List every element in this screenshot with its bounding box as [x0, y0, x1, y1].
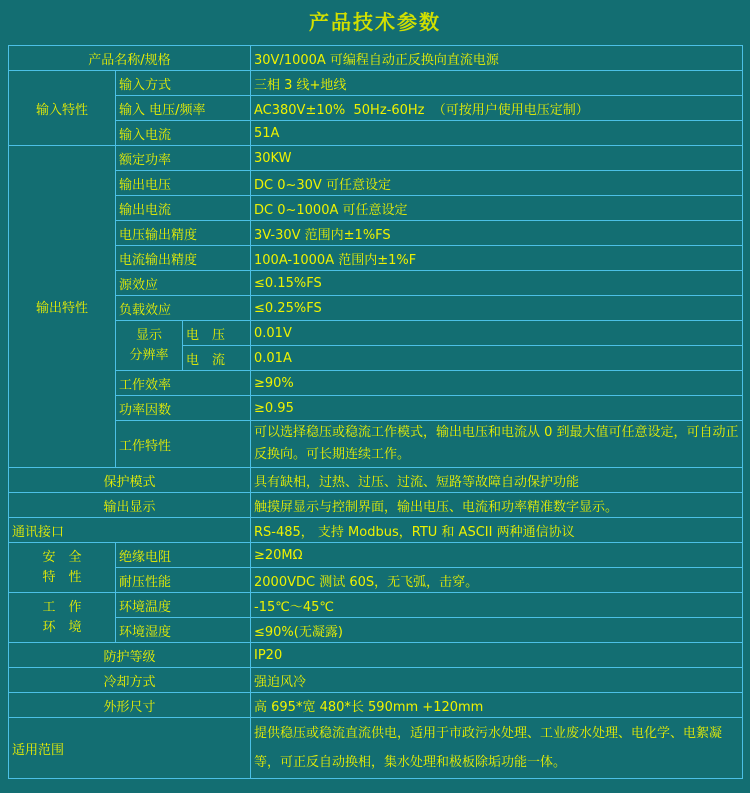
protection-mode-label: 保护模式	[9, 468, 251, 493]
source-effect-label: 源效应	[116, 271, 251, 296]
cooling-method-label: 冷却方式	[9, 668, 251, 693]
power-factor-label: 功率因数	[116, 396, 251, 421]
comm-interface-label: 通讯接口	[9, 518, 251, 543]
page-background: 产品技术参数 产品名称/规格 30V/1000A 可编程自动正反换向直流电源 输…	[0, 0, 750, 793]
voltage-accuracy-value: 3V-30V 范围内±1%FS	[251, 221, 743, 246]
protection-mode-value: 具有缺相，过热、过压、过流、短路等故障自动保护功能	[251, 468, 743, 493]
rated-power-value: 30KW	[251, 146, 743, 171]
resolution-voltage-label: 电 压	[183, 321, 251, 346]
withstand-voltage-label: 耐压性能	[116, 568, 251, 593]
application-scope-value: 提供稳压或稳流直流供电，适用于市政污水处理、工业废水处理、电化学、电絮凝等，可正…	[251, 718, 743, 779]
current-accuracy-label: 电流输出精度	[116, 246, 251, 271]
env-temperature-label: 环境温度	[116, 593, 251, 618]
load-effect-value: ≤0.25%FS	[251, 296, 743, 321]
input-current-value: 51A	[251, 121, 743, 146]
input-current-label: 输入电流	[116, 121, 251, 146]
comm-interface-value: RS-485， 支持 Modbus，RTU 和 ASCII 两种通信协议	[251, 518, 743, 543]
input-voltage-freq-value: AC380V±10% 50Hz-60Hz （可按用户使用电压定制）	[251, 96, 743, 121]
insulation-resistance-label: 绝缘电阻	[116, 543, 251, 568]
output-current-value: DC 0~1000A 可任意设定	[251, 196, 743, 221]
input-mode-label: 输入方式	[116, 71, 251, 96]
voltage-accuracy-label: 电压输出精度	[116, 221, 251, 246]
output-voltage-value: DC 0~30V 可任意设定	[251, 171, 743, 196]
output-display-label: 输出显示	[9, 493, 251, 518]
output-display-value: 触摸屏显示与控制界面，输出电压、电流和功率精准数字显示。	[251, 493, 743, 518]
work-character-label: 工作特性	[116, 421, 251, 468]
env-humidity-label: 环境湿度	[116, 618, 251, 643]
page-title: 产品技术参数	[0, 6, 750, 35]
power-factor-value: ≥0.95	[251, 396, 743, 421]
current-accuracy-value: 100A-1000A 范围内±1%F	[251, 246, 743, 271]
dimensions-value: 高 695*宽 480*长 590mm +120mm	[251, 693, 743, 718]
spec-table: 产品名称/规格 30V/1000A 可编程自动正反换向直流电源 输入特性 输入方…	[8, 45, 743, 779]
dimensions-label: 外形尺寸	[9, 693, 251, 718]
withstand-voltage-value: 2000VDC 测试 60S，无飞弧，击穿。	[251, 568, 743, 593]
bottom-white-strip	[0, 793, 750, 800]
environment-group-header: 工 作 环 境	[9, 593, 116, 643]
rated-power-label: 额定功率	[116, 146, 251, 171]
input-group-header: 输入特性	[9, 71, 116, 146]
ip-rating-label: 防护等级	[9, 643, 251, 668]
ip-rating-value: IP20	[251, 643, 743, 668]
display-resolution-header: 显示 分辨率	[116, 321, 183, 371]
safety-group-header: 安 全 特 性	[9, 543, 116, 593]
insulation-resistance-value: ≥20MΩ	[251, 543, 743, 568]
input-mode-value: 三相 3 线+地线	[251, 71, 743, 96]
product-name-value: 30V/1000A 可编程自动正反换向直流电源	[251, 46, 743, 71]
work-character-value: 可以选择稳压或稳流工作模式，输出电压和电流从 0 到最大值可任意设定，可自动正反…	[251, 421, 743, 468]
input-voltage-freq-label: 输入 电压/频率	[116, 96, 251, 121]
application-scope-label: 适用范围	[9, 718, 251, 779]
resolution-current-value: 0.01A	[251, 346, 743, 371]
source-effect-value: ≤0.15%FS	[251, 271, 743, 296]
product-name-label: 产品名称/规格	[9, 46, 251, 71]
cooling-method-value: 强迫风冷	[251, 668, 743, 693]
resolution-voltage-value: 0.01V	[251, 321, 743, 346]
output-group-header: 输出特性	[9, 146, 116, 468]
load-effect-label: 负载效应	[116, 296, 251, 321]
output-voltage-label: 输出电压	[116, 171, 251, 196]
efficiency-value: ≥90%	[251, 371, 743, 396]
efficiency-label: 工作效率	[116, 371, 251, 396]
env-temperature-value: -15℃～45℃	[251, 593, 743, 618]
output-current-label: 输出电流	[116, 196, 251, 221]
resolution-current-label: 电 流	[183, 346, 251, 371]
env-humidity-value: ≤90%(无凝露)	[251, 618, 743, 643]
